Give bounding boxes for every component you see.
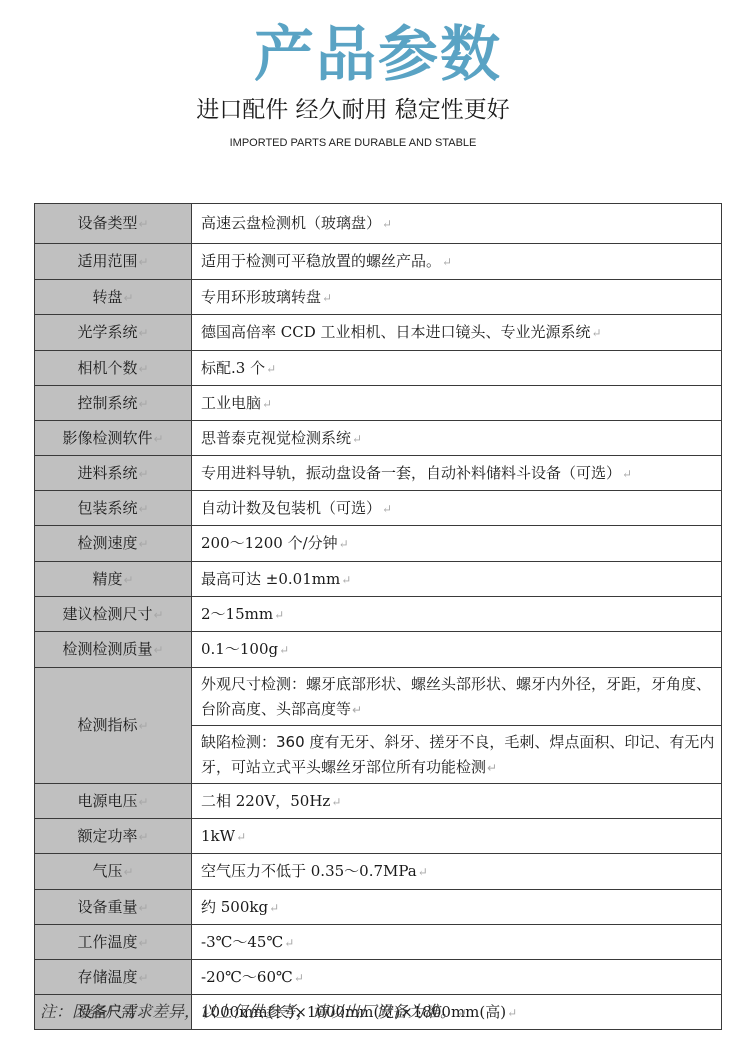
table-row: 工作温度↵-3℃～45℃↵ [35,925,722,960]
table-row: 影像检测软件↵思普泰克视觉检测系统↵ [35,421,722,456]
spec-label-text: 包装系统 [77,499,137,517]
spec-label: 检测检测质量↵ [35,632,192,668]
spec-label: 包装系统↵ [35,491,192,526]
spec-label-text: 建议检测尺寸 [62,605,152,623]
spec-label-text: 检测检测质量 [62,640,152,658]
spec-value-text: 空气压力不低于 0.35～0.7MPa [201,862,417,880]
table-row: 转盘↵专用环形玻璃转盘↵ [35,280,722,315]
paragraph-mark-icon: ↵ [352,432,362,446]
spec-value-text: 高速云盘检测机（玻璃盘） [201,214,381,232]
spec-label-text: 相机个数 [77,359,137,377]
spec-label: 检测速度↵ [35,526,192,562]
paragraph-mark-icon: ↵ [123,291,133,305]
page-title: 产品参数 [0,20,756,90]
spec-value: 空气压力不低于 0.35～0.7MPa↵ [192,854,722,890]
spec-label-text: 适用范围 [77,252,137,270]
table-row: 精度↵最高可达 ±0.01mm↵ [35,562,722,597]
paragraph-mark-icon: ↵ [279,643,289,657]
spec-value-text: -3℃～45℃ [201,933,283,951]
paragraph-mark-icon: ↵ [123,573,133,587]
spec-value: 0.1～100g↵ [192,632,722,668]
paragraph-mark-icon: ↵ [352,703,362,717]
spec-value-text: 0.1～100g [201,640,278,658]
spec-value: 思普泰克视觉检测系统↵ [192,421,722,456]
table-row: 检测指标↵外观尺寸检测：螺牙底部形状、螺丝头部形状、螺牙内外径，牙距，牙角度、台… [35,668,722,784]
paragraph-mark-icon: ↵ [138,397,148,411]
paragraph-mark-icon: ↵ [138,255,148,269]
spec-value-text: 二相 220V，50Hz [201,792,330,810]
paragraph-mark-icon: ↵ [274,608,284,622]
paragraph-mark-icon: ↵ [382,217,392,231]
spec-subvalue-text: 缺陷检测：360 度有无牙、斜牙、搓牙不良，毛刺、焊点面积、印记、有无内牙，可站… [201,733,714,776]
spec-label-text: 影像检测软件 [62,429,152,447]
paragraph-mark-icon: ↵ [331,795,341,809]
spec-value-text: -20℃～60℃ [201,968,293,986]
spec-label: 电源电压↵ [35,784,192,819]
paragraph-mark-icon: ↵ [138,795,148,809]
paragraph-mark-icon: ↵ [269,901,279,915]
spec-label-text: 气压 [92,862,122,880]
paragraph-mark-icon: ↵ [418,865,428,879]
spec-value: 专用环形玻璃转盘↵ [192,280,722,315]
spec-value: 工业电脑↵ [192,386,722,421]
spec-label: 设备重量↵ [35,890,192,925]
paragraph-mark-icon: ↵ [138,830,148,844]
spec-label-text: 检测指标 [77,716,137,734]
spec-label: 光学系统↵ [35,315,192,351]
spec-label-text: 设备重量 [77,898,137,916]
spec-value-text: 最高可达 ±0.01mm [201,570,340,588]
spec-value: 高速云盘检测机（玻璃盘）↵ [192,204,722,244]
spec-value: 1kW↵ [192,819,722,854]
spec-label-text: 精度 [92,570,122,588]
spec-label-text: 工作温度 [77,933,137,951]
spec-label: 转盘↵ [35,280,192,315]
spec-value: 德国高倍率 CCD 工业相机、日本进口镜头、专业光源系统↵ [192,315,722,351]
paragraph-mark-icon: ↵ [487,761,497,775]
paragraph-mark-icon: ↵ [138,467,148,481]
spec-label-text: 进料系统 [77,464,137,482]
spec-table: 设备类型↵高速云盘检测机（玻璃盘）↵适用范围↵适用于检测可平稳放置的螺丝产品。↵… [34,203,722,1030]
table-row: 适用范围↵适用于检测可平稳放置的螺丝产品。↵ [35,244,722,280]
spec-value-text: 德国高倍率 CCD 工业相机、日本进口镜头、专业光源系统 [201,323,591,341]
paragraph-mark-icon: ↵ [138,326,148,340]
spec-label: 工作温度↵ [35,925,192,960]
spec-label: 额定功率↵ [35,819,192,854]
spec-label: 影像检测软件↵ [35,421,192,456]
spec-value: 二相 220V，50Hz↵ [192,784,722,819]
spec-value-text: 专用环形玻璃转盘 [201,288,321,306]
spec-label-text: 控制系统 [77,394,137,412]
paragraph-mark-icon: ↵ [153,608,163,622]
spec-value-text: 标配.3 个 [201,359,265,377]
paragraph-mark-icon: ↵ [341,573,351,587]
spec-label-text: 光学系统 [77,323,137,341]
spec-value-text: 2～15mm [201,605,273,623]
spec-label: 适用范围↵ [35,244,192,280]
footnote: 注：因客户需求差异，以上仅供参考，请以出厂设备为准。↵ [40,1000,467,1025]
spec-label: 存储温度↵ [35,960,192,995]
spec-label: 进料系统↵ [35,456,192,491]
spec-label: 相机个数↵ [35,351,192,386]
paragraph-mark-icon: ↵ [294,971,304,985]
spec-value-text: 工业电脑 [201,394,261,412]
table-row: 检测检测质量↵0.1～100g↵ [35,632,722,668]
spec-label-text: 额定功率 [77,827,137,845]
spec-subvalue: 外观尺寸检测：螺牙底部形状、螺丝头部形状、螺牙内外径，牙距，牙角度、台阶高度、头… [201,668,721,725]
page-subtitle: 进口配件 经久耐用 稳定性更好 [0,94,706,126]
spec-label: 建议检测尺寸↵ [35,597,192,632]
paragraph-mark-icon: ↵ [507,1006,517,1020]
spec-label-text: 电源电压 [77,792,137,810]
spec-subvalue: 缺陷检测：360 度有无牙、斜牙、搓牙不良，毛刺、焊点面积、印记、有无内牙，可站… [192,725,721,783]
table-row: 气压↵空气压力不低于 0.35～0.7MPa↵ [35,854,722,890]
paragraph-mark-icon: ↵ [138,901,148,915]
spec-label-text: 检测速度 [77,534,137,552]
paragraph-mark-icon: ↵ [262,397,272,411]
table-row: 建议检测尺寸↵2～15mm↵ [35,597,722,632]
spec-label: 设备类型↵ [35,204,192,244]
spec-value: -20℃～60℃↵ [192,960,722,995]
spec-value: 约 500kg↵ [192,890,722,925]
table-row: 控制系统↵工业电脑↵ [35,386,722,421]
table-row: 设备重量↵约 500kg↵ [35,890,722,925]
spec-value-text: 约 500kg [201,898,268,916]
paragraph-mark-icon: ↵ [322,291,332,305]
paragraph-mark-icon: ↵ [153,643,163,657]
spec-value: 2～15mm↵ [192,597,722,632]
page-subtitle-english: IMPORTED PARTS ARE DURABLE AND STABLE [0,136,706,150]
spec-value-text: 200～1200 个/分钟 [201,534,338,552]
paragraph-mark-icon: ↵ [138,362,148,376]
spec-label-text: 设备类型 [77,214,137,232]
table-row: 额定功率↵1kW↵ [35,819,722,854]
paragraph-mark-icon: ↵ [592,326,602,340]
paragraph-mark-icon: ↵ [138,971,148,985]
spec-value-text: 自动计数及包装机（可选） [201,499,381,517]
spec-value: -3℃～45℃↵ [192,925,722,960]
paragraph-mark-icon: ↵ [138,502,148,516]
paragraph-mark-icon: ↵ [138,719,148,733]
spec-label-text: 转盘 [92,288,122,306]
spec-value: 200～1200 个/分钟↵ [192,526,722,562]
paragraph-mark-icon: ↵ [284,936,294,950]
spec-label: 控制系统↵ [35,386,192,421]
paragraph-mark-icon: ↵ [457,1006,467,1020]
spec-value-text: 思普泰克视觉检测系统 [201,429,351,447]
spec-label: 精度↵ [35,562,192,597]
spec-label: 气压↵ [35,854,192,890]
spec-value-text: 专用进料导轨，振动盘设备一套，自动补料储料斗设备（可选） [201,464,621,482]
paragraph-mark-icon: ↵ [236,830,246,844]
table-row: 相机个数↵标配.3 个↵ [35,351,722,386]
spec-subvalue-text: 外观尺寸检测：螺牙底部形状、螺丝头部形状、螺牙内外径，牙距，牙角度、台阶高度、头… [201,675,711,718]
paragraph-mark-icon: ↵ [442,255,452,269]
table-row: 设备类型↵高速云盘检测机（玻璃盘）↵ [35,204,722,244]
paragraph-mark-icon: ↵ [382,502,392,516]
paragraph-mark-icon: ↵ [339,537,349,551]
footnote-text: 注：因客户需求差异，以上仅供参考，请以出厂设备为准。 [40,1002,456,1021]
paragraph-mark-icon: ↵ [266,362,276,376]
spec-value: 最高可达 ±0.01mm↵ [192,562,722,597]
paragraph-mark-icon: ↵ [138,936,148,950]
paragraph-mark-icon: ↵ [138,537,148,551]
spec-value: 自动计数及包装机（可选）↵ [192,491,722,526]
spec-value: 专用进料导轨，振动盘设备一套，自动补料储料斗设备（可选）↵ [192,456,722,491]
spec-value: 适用于检测可平稳放置的螺丝产品。↵ [192,244,722,280]
spec-label: 检测指标↵ [35,668,192,784]
paragraph-mark-icon: ↵ [153,432,163,446]
spec-value: 外观尺寸检测：螺牙底部形状、螺丝头部形状、螺牙内外径，牙距，牙角度、台阶高度、头… [192,668,722,784]
table-row: 进料系统↵专用进料导轨，振动盘设备一套，自动补料储料斗设备（可选）↵ [35,456,722,491]
spec-value-text: 1kW [201,827,235,845]
paragraph-mark-icon: ↵ [123,865,133,879]
paragraph-mark-icon: ↵ [138,217,148,231]
table-row: 包装系统↵自动计数及包装机（可选）↵ [35,491,722,526]
paragraph-mark-icon: ↵ [622,467,632,481]
table-row: 光学系统↵德国高倍率 CCD 工业相机、日本进口镜头、专业光源系统↵ [35,315,722,351]
spec-value: 标配.3 个↵ [192,351,722,386]
table-row: 电源电压↵二相 220V，50Hz↵ [35,784,722,819]
spec-label-text: 存储温度 [77,968,137,986]
table-row: 存储温度↵-20℃～60℃↵ [35,960,722,995]
spec-value-text: 适用于检测可平稳放置的螺丝产品。 [201,252,441,270]
table-row: 检测速度↵200～1200 个/分钟↵ [35,526,722,562]
